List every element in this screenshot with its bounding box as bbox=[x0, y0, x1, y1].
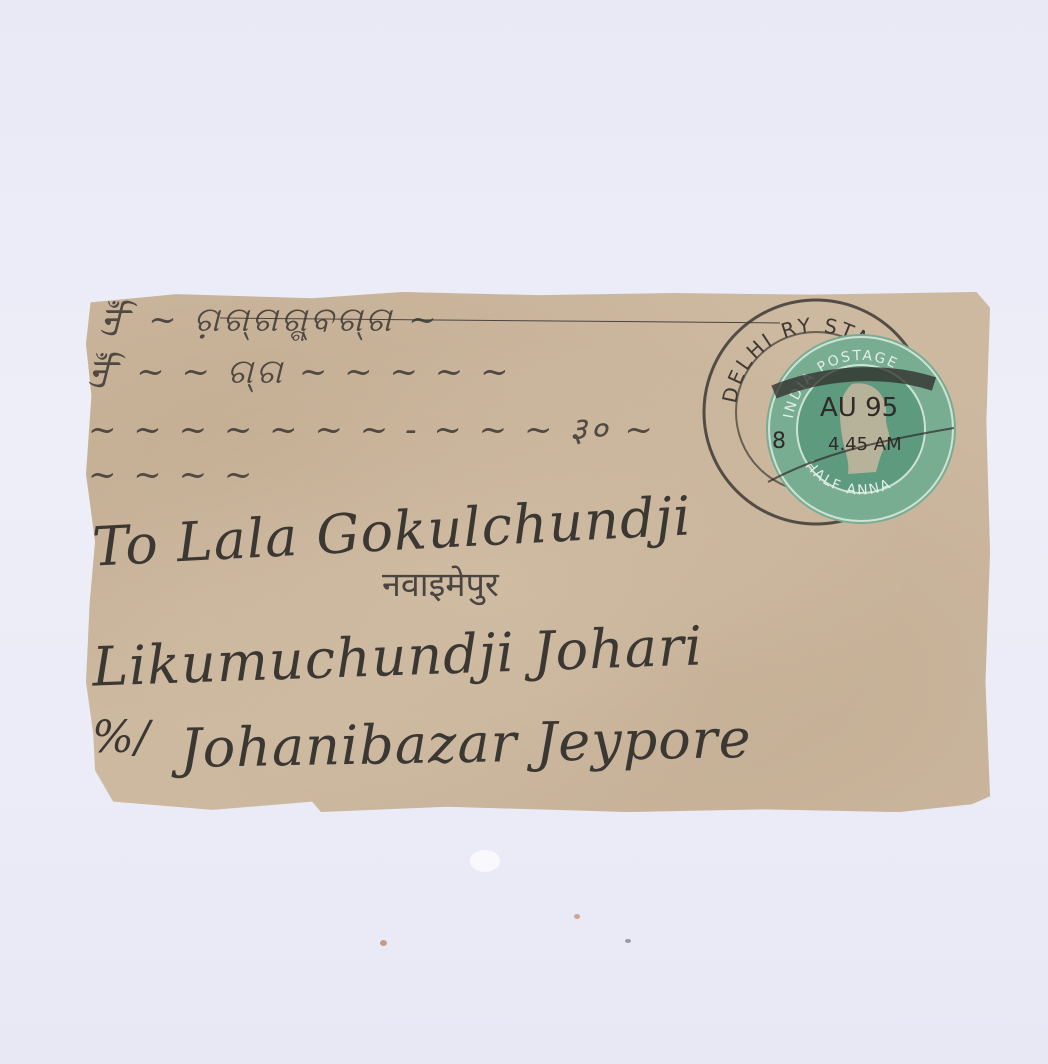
postmark-side-mark: 8 bbox=[772, 429, 786, 454]
postmark-date: AU 95 bbox=[820, 393, 898, 423]
address-line-3: Johanibazar Jeypore bbox=[179, 707, 752, 780]
embossed-stamp: INDIA POSTAGE HALF ANNA AU 95 4.45 AM 8 bbox=[764, 332, 958, 526]
modi-script-line-1: ꣽ ~ ଗ଼ଗ୍ଗଗ୍ଗ୍ବଗ୍ଗ ~ bbox=[100, 300, 440, 340]
scan-artifact bbox=[470, 850, 500, 872]
modi-script-line-3: ~ ~ ~ ~ ~ ~ ~ - ~ ~ ~ ३० ~ bbox=[88, 405, 656, 451]
modi-script-line-4: ~ ~ ~ ~ bbox=[88, 455, 255, 495]
modi-script-line-2: ꣽ ~ ~ ଗ୍ଗ ~ ~ ~ ~ ~ bbox=[88, 352, 512, 392]
scan-artifact bbox=[625, 939, 631, 943]
address-line-3-prefix: %/ bbox=[92, 712, 151, 763]
scan-artifact bbox=[380, 940, 387, 946]
scan-artifact bbox=[574, 914, 580, 919]
postmark-time: 4.45 AM bbox=[828, 434, 902, 455]
devanagari-annotation: नवाइमेपुर bbox=[382, 560, 499, 606]
